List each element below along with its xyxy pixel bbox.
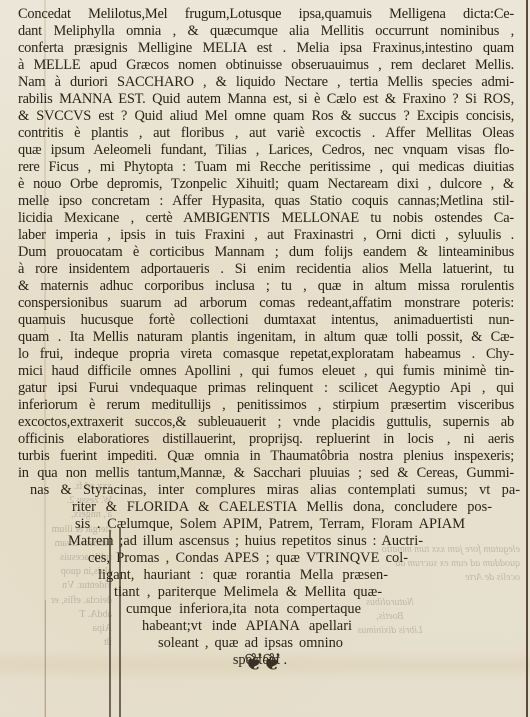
text-line: Dum prouocatam è corticibus Mannam ; dum… — [18, 244, 514, 261]
text-line: habeant;vt inde APIANA apellari — [142, 618, 352, 635]
text-line: à rore insidentem adportaueris . Si enim… — [18, 261, 514, 278]
text-line: gatur ipsi Furui vndequaque primas relin… — [18, 380, 514, 397]
tapered-text: riter & FLORIDA & CAELESTIA Mellis dona,… — [42, 499, 502, 516]
text-line: melle ipso concretam : Affer Hypasita, q… — [18, 193, 514, 210]
page-right-edge — [526, 0, 528, 717]
text-line: turbis fuerint impediti. Quæ omnia in Th… — [18, 448, 514, 465]
text-line: & SVCCVS est ? Quid aliud Mel omne quam … — [18, 108, 514, 125]
text-line: à MELLE apud Græcos nomen obtinuisse obs… — [18, 57, 514, 74]
text-line: quæ ipsum Aeleomeli fundant, Tilias , La… — [18, 142, 514, 159]
text-line: mici haud difficile omnes Apollini , qui… — [18, 363, 514, 380]
text-line: quam . Ita Mellis naturam plantis ingeni… — [18, 329, 514, 346]
text-line: laber imperia , ipsis in tuis Fraxini , … — [18, 227, 514, 244]
text-line: conferta præsignis Melligine MELIA est .… — [18, 40, 514, 57]
text-line: rere Ficus , mi Phytopta : Tuam mi Recch… — [18, 159, 514, 176]
body-text: Concedat Melilotus,Mel frugum,Lotusque i… — [18, 6, 514, 482]
text-line: è nouo Orbe depromis, Tzonpelic Xihuitl;… — [18, 176, 514, 193]
text-line: nas & Styracinas, inter complures miras … — [0, 482, 520, 499]
text-line: ligant, hauriant : quæ rorantia Mella pr… — [98, 567, 388, 584]
bleed-line: ilt — [2, 636, 112, 650]
text-line: conspersionibus suarum ad arborum comas … — [18, 295, 514, 312]
text-line: tiant , pariterque Melimela & Mellita qu… — [114, 584, 382, 601]
text-line: lo frui, indeque propria vireta comasque… — [18, 346, 514, 363]
tapered-text: Matrem ;ad illum ascensus ; huius repeti… — [68, 533, 448, 550]
text-line: Matrem ;ad illum ascensus ; huius repeti… — [68, 533, 423, 550]
bleed-line: abdA. T — [2, 608, 112, 622]
tapered-text: tiant , pariterque Melimela & Mellita qu… — [114, 584, 384, 601]
tapered-text: sis . Cælumque, Solem APIM, Patrem, Terr… — [55, 516, 475, 533]
text-line: Concedat Melilotus,Mel frugum,Lotusque i… — [18, 6, 514, 23]
tapered-text: nas & Styracinas, inter complures miras … — [0, 482, 530, 499]
bleed-line: Aipa — [2, 622, 112, 636]
text-line: & maternis adhuc corporibus inclusa ; tu… — [18, 278, 514, 295]
text-line: Nam à duriori SACCHARO , & liquido Necta… — [18, 74, 514, 91]
tapered-text: cumque inferiora,ita nota compertaque — [126, 601, 366, 618]
speck — [234, 623, 236, 625]
text-line: rabilis MANNA EST. Quid autem Manna est,… — [18, 91, 514, 108]
text-line: excoctos,extraxerit succos,& subleuaueri… — [18, 414, 514, 431]
bleed-line: alais,in quop — [2, 565, 112, 579]
margin-rule — [45, 600, 46, 717]
text-line: ces, Promas , Condas APES ; quæ VTRINQVE… — [88, 550, 408, 567]
text-line: inferiorum è rerum meditullijs , penitis… — [18, 397, 514, 414]
text-line: in qua non mellis tantum,Mannæ, & Saccha… — [18, 465, 514, 482]
text-line: cumque inferiora,ita nota compertaque — [126, 601, 361, 618]
tapered-text: ligant, hauriant : quæ rorantia Mella pr… — [98, 567, 398, 584]
text-line: riter & FLORIDA & CAELESTIA Mellis dona,… — [42, 499, 492, 516]
text-line: officinis elaboratiores distillauerint, … — [18, 431, 514, 448]
bleed-line: deicda. eflis, er — [2, 594, 112, 608]
text-line: quamuis hucusque fortè collectioni dumta… — [18, 312, 514, 329]
text-line: dant Meliphylla omnia , & quæcumque alia… — [18, 23, 514, 40]
tapered-text: ces, Promas , Condas APES ; quæ VTRINQVE… — [88, 550, 428, 567]
text-line: licidia Mexicane , certè AMBIGENTIS MELL… — [18, 210, 514, 227]
tapered-text: habeant;vt inde APIANA apellari — [142, 618, 352, 635]
text-line: sis . Cælumque, Solem APIM, Patrem, Terr… — [55, 516, 465, 533]
scanned-page: xxx ad fr. W. zessu 2. a', nngeix, sterg… — [0, 0, 530, 717]
text-line: contritis è plantis , aut floribus , aut… — [18, 125, 514, 142]
bleed-line: videntur. Vn — [2, 579, 112, 593]
fleuron-ornament-icon: ❦❦ — [222, 648, 302, 678]
